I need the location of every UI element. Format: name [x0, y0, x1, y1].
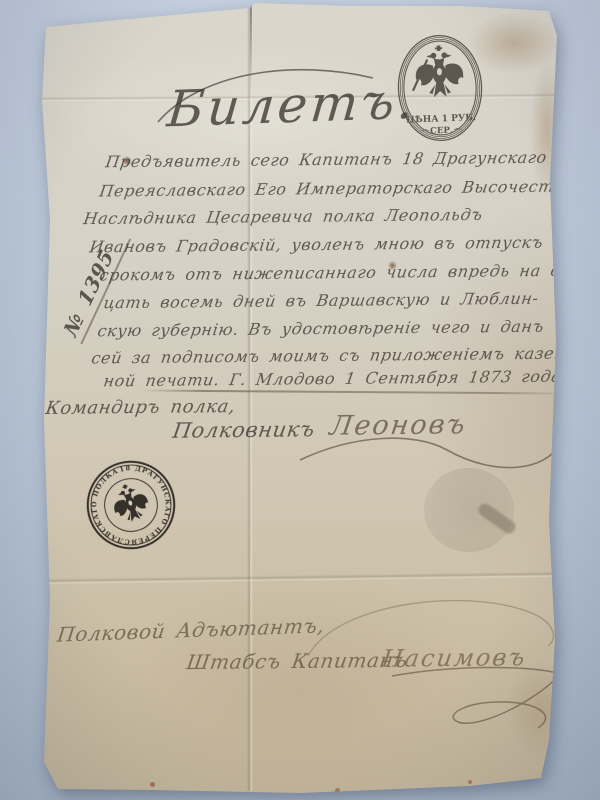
- speck-bottom-2: [335, 788, 340, 793]
- faint-seal-impression: [424, 468, 514, 552]
- stamp-price-line1: ЦѢНА 1 РУБ.: [406, 113, 476, 125]
- commander-rank: Полковникъ: [171, 417, 316, 442]
- commander-role: Командиръ полка,: [44, 396, 237, 419]
- body-line: срокомъ отъ нижеписаннаго числа впредь н…: [98, 260, 599, 284]
- body-line: Переяславскаго Его Императорскаго Высоче…: [98, 177, 576, 201]
- body-line: ной печати. Г. Млодово 1 Сентября 1873 г…: [102, 367, 568, 391]
- regimental-seal: 18 ДРАГУНСКАГО ПЕРЕЯСЛАВСКАГО ПОЛКА: [72, 446, 190, 564]
- commander-signature: Леоновъ: [328, 409, 469, 441]
- adjutant-rank: Штабсъ Капитанъ: [185, 648, 409, 674]
- body-line: Предъявитель сего Капитанъ 18 Драгунскаг…: [104, 148, 548, 172]
- photograph-of-document: ЦѢНА 1 РУБ. СЕР. Билетъ. № 1395 Предъяви…: [0, 0, 600, 800]
- adjutant-signature: Насимовъ: [380, 643, 529, 673]
- stamp-price-line2: СЕР.: [430, 126, 453, 137]
- body-line: цать восемь дней въ Варшавскую и Люблин-: [102, 289, 540, 313]
- stamp-eagle-icon: [411, 45, 464, 98]
- stain-bottom-right: [505, 660, 575, 760]
- body-line: сей за подписомъ моимъ съ приложеніемъ к…: [90, 343, 573, 367]
- speck-bottom-3: [468, 780, 472, 784]
- document-title: Билетъ.: [165, 72, 419, 139]
- horizontal-rule-line: [140, 390, 554, 395]
- horizontal-fold-crease-lower: [44, 571, 556, 584]
- document-paper: ЦѢНА 1 РУБ. СЕР. Билетъ. № 1395 Предъяви…: [0, 0, 600, 800]
- paper-shadow-wrap: ЦѢНА 1 РУБ. СЕР. Билетъ. № 1395 Предъяви…: [0, 0, 600, 800]
- body-line: Наслѣдника Цесаревича полка Леопольдъ: [82, 205, 484, 228]
- body-line: Ивановъ Градовскій, уволенъ мною въ отпу…: [88, 233, 544, 257]
- adjutant-role: Полковой Адъютантъ,: [56, 613, 326, 646]
- seal-eagle-icon: [108, 479, 152, 525]
- body-line: скую губернію. Въ удостовѣреніе чего и д…: [96, 317, 545, 341]
- speck-bottom-1: [150, 782, 155, 787]
